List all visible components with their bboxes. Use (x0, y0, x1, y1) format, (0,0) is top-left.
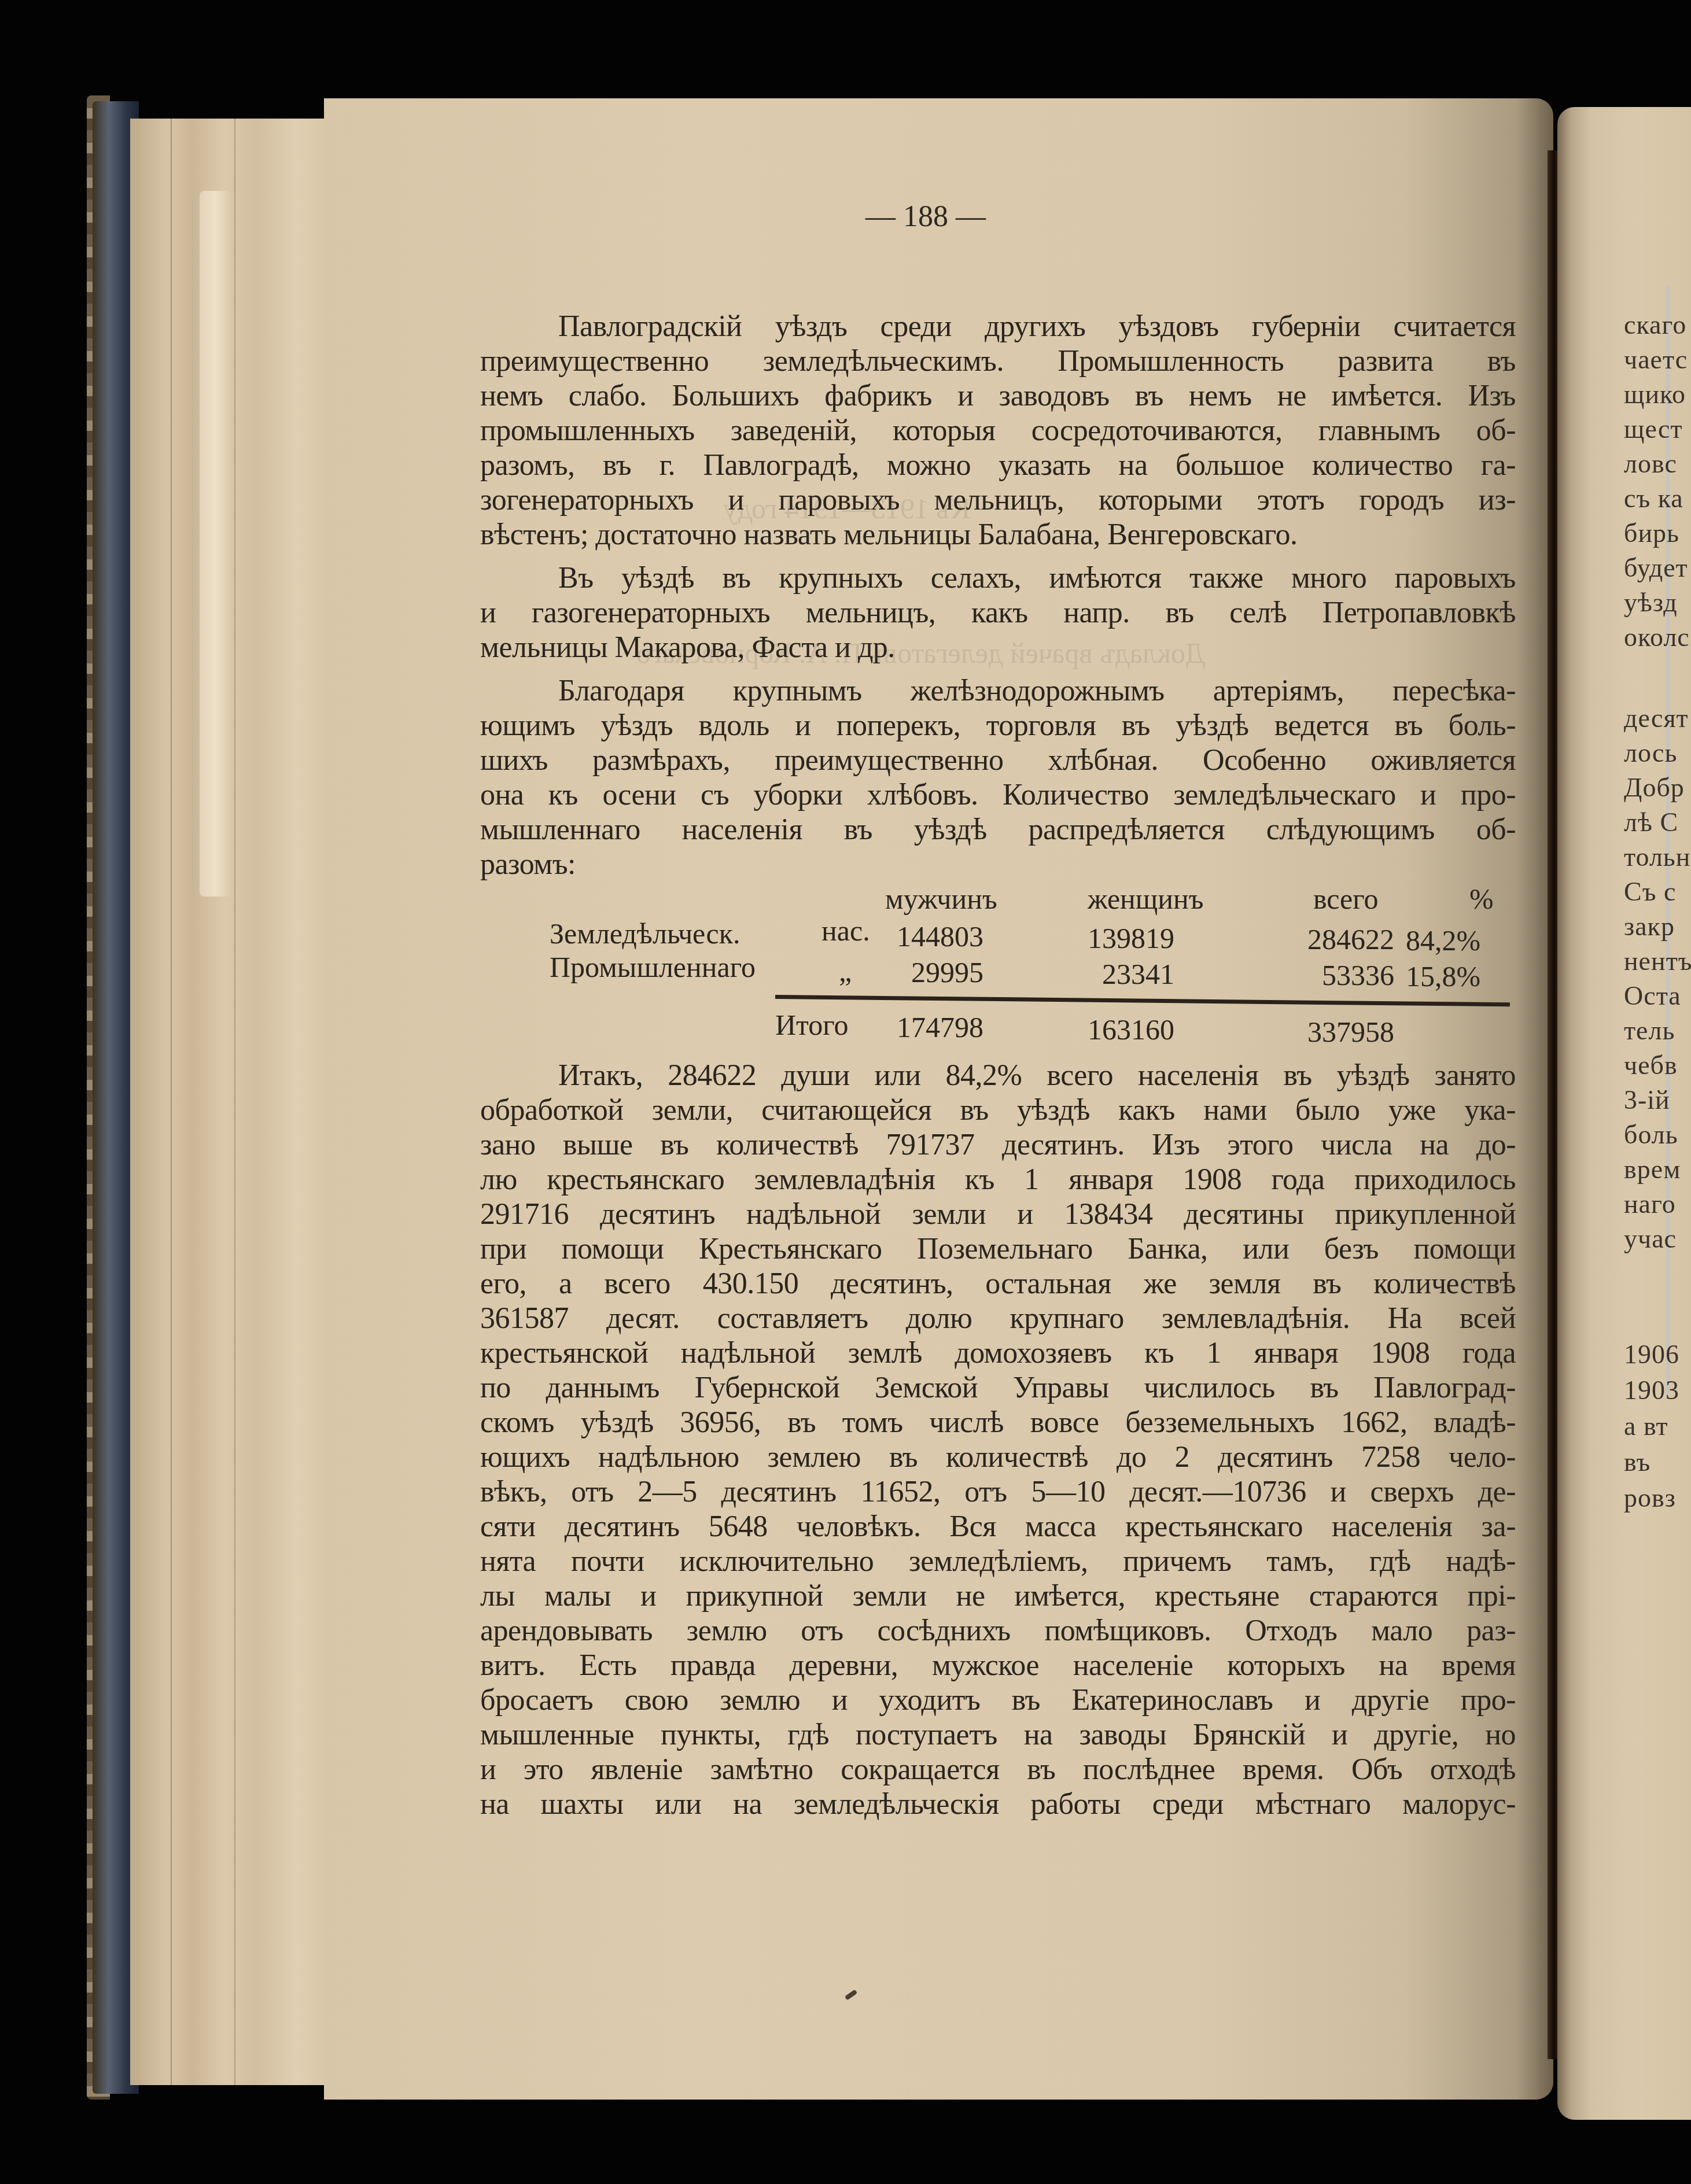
text-line: при помощи Крестьянскаго Поземельнаго Ба… (480, 1232, 1516, 1267)
text-line: Благодаря крупнымъ желѣзнодорожнымъ арте… (558, 674, 1516, 709)
right-page-line: чаетс (1624, 344, 1688, 375)
right-page-line: 3-ій (1624, 1084, 1670, 1115)
text-line: витъ. Есть правда деревни, мужское насел… (480, 1648, 1516, 1683)
text-line: она къ осени съ уборки хлѣбовъ. Количест… (480, 778, 1516, 813)
right-page-line: Съ с (1624, 876, 1676, 907)
text-line: сяти десятинъ 5648 человѣкъ. Вся масса к… (480, 1510, 1516, 1544)
text-line: его, а всего 430.150 десятинъ, остальная… (480, 1267, 1516, 1301)
row-sublabel: „ (839, 954, 852, 988)
text-line: арендовывать землю отъ сосѣднихъ помѣщик… (480, 1614, 1516, 1648)
right-page-line: 1903 (1624, 1375, 1679, 1405)
text-line: разомъ, въ г. Павлоградѣ, можно указать … (480, 448, 1516, 483)
right-page-line: уѣзд (1624, 587, 1678, 618)
right-page-line: тольн (1624, 842, 1690, 872)
text-line: немъ слабо. Большихъ фабрикъ и заводовъ … (480, 379, 1516, 414)
total-label: Итого (775, 1008, 849, 1042)
text-line: Итакъ, 284622 души или 84,2% всего насел… (558, 1058, 1516, 1093)
text-line: бросаетъ свою землю и уходитъ въ Екатери… (480, 1683, 1516, 1718)
right-page-line: скаго (1624, 309, 1686, 340)
cell-women: 139819 (1070, 921, 1174, 955)
page-stack (130, 119, 338, 2085)
row-label: Промышленнаго (550, 950, 756, 984)
text-line: лю крестьянскаго землевладѣнія къ 1 янва… (480, 1163, 1516, 1197)
text-line: нята почти исключительно земледѣліемъ, п… (480, 1544, 1516, 1579)
right-page-line: лось (1624, 737, 1678, 768)
right-page-line: ровз (1624, 1482, 1676, 1513)
cell-men: 29995 (874, 955, 983, 989)
right-page-fragment: скагочаетсщикощестловссъ кабирьбудетуѣзд… (1557, 107, 1691, 2120)
text-line: обработкой земли, считающейся въ уѣздѣ к… (480, 1093, 1516, 1128)
right-page-line: ловс (1624, 448, 1677, 479)
text-line: Въ уѣздѣ въ крупныхъ селахъ, имѣются так… (558, 561, 1516, 596)
text-line: и газогенераторныхъ мельницъ, какъ напр.… (480, 596, 1516, 630)
right-page-line: съ ка (1624, 483, 1683, 514)
right-page-line: лѣ С (1624, 807, 1678, 838)
text-line: лы малы и прикупной земли не имѣется, кр… (480, 1579, 1516, 1614)
text-line: вѣстенъ; достаточно назвать мельницы Бал… (480, 518, 1516, 552)
text-line: мышленнаго населенія въ уѣздѣ распредѣля… (480, 813, 1516, 847)
right-page-line: Оста (1624, 980, 1681, 1011)
text-line: мышленные пункты, гдѣ поступаетъ на заво… (480, 1718, 1516, 1753)
total-men: 174798 (874, 1010, 983, 1044)
population-table: мужчинъ женщинъ всего % Земледѣльческ. н… (550, 882, 1521, 1056)
total-all: 337958 (1279, 1015, 1394, 1049)
right-page-line: будет (1624, 552, 1688, 583)
page-number: — 188 — (324, 200, 1527, 234)
torn-page-strip (200, 191, 231, 897)
text-line: на шахты или на земледѣльческія работы с… (480, 1787, 1516, 1822)
right-page-line: а вт (1624, 1411, 1668, 1441)
right-page-line: Добр (1624, 772, 1685, 803)
cell-pct: 84,2% (1406, 924, 1480, 957)
right-page-line: учас (1624, 1223, 1677, 1254)
right-page-line: щико (1624, 379, 1686, 409)
text-line: по даннымъ Губернской Земской Управы чис… (480, 1371, 1516, 1405)
cell-pct: 15,8% (1406, 960, 1480, 993)
right-page-line: закр (1624, 911, 1675, 942)
right-page-line: тель (1624, 1015, 1675, 1046)
text-line: разомъ: (480, 847, 1516, 882)
text-line: зано выше въ количествѣ 791737 десятинъ.… (480, 1128, 1516, 1163)
text-line: 361587 десят. составляетъ долю крупнаго … (480, 1301, 1516, 1336)
right-page-line: чебв (1624, 1050, 1678, 1080)
right-page-line: боль (1624, 1119, 1678, 1150)
row-label: Земледѣльческ. (550, 917, 740, 950)
text-line: шихъ размѣрахъ, преимущественно хлѣбная.… (480, 743, 1516, 778)
text-line: преимущественно земледѣльческимъ. Промыш… (480, 344, 1516, 379)
row-sublabel: нас. (821, 914, 870, 947)
text-line: 291716 десятинъ надѣльной земли и 138434… (480, 1197, 1516, 1232)
total-women: 163160 (1070, 1013, 1174, 1046)
right-page-line: наго (1624, 1189, 1676, 1219)
right-page-line: 1906 (1624, 1339, 1679, 1370)
text-line: вѣкъ, отъ 2—5 десятинъ 11652, отъ 5—10 д… (480, 1475, 1516, 1510)
text-line: мельницы Макарова, Фаста и др. (480, 630, 1516, 665)
text-line: зогенераторныхъ и паровыхъ мельницъ, кот… (480, 483, 1516, 518)
right-page-line: нентъ (1624, 946, 1691, 976)
table-header-women: женщинъ (1088, 882, 1204, 916)
right-page-line: въ (1624, 1447, 1651, 1477)
text-line: Павлоградскій уѣздъ среди другихъ уѣздов… (558, 309, 1516, 344)
text-line: и это явленіе замѣтно сокращается въ пос… (480, 1753, 1516, 1787)
text-line: ющимъ уѣздъ вдоль и поперекъ, торговля в… (480, 709, 1516, 743)
cell-total: 284622 (1279, 923, 1394, 956)
table-sum-rule (775, 995, 1510, 1006)
right-page-line: десят (1624, 703, 1689, 733)
text-line: крестьянской надѣльной землѣ домохозяевъ… (480, 1336, 1516, 1371)
table-header-total: всего (1313, 882, 1379, 916)
right-page-line: врем (1624, 1154, 1681, 1185)
table-header-men: мужчинъ (885, 882, 997, 916)
table-header-pct: % (1469, 882, 1494, 916)
text-line: скомъ уѣздѣ 36956, въ томъ числѣ вовсе б… (480, 1405, 1516, 1440)
right-page-line: околс (1624, 622, 1690, 652)
text-line: ющихъ надѣльною землею въ количествѣ до … (480, 1440, 1516, 1475)
cell-men: 144803 (874, 920, 983, 953)
text-line: промышленныхъ заведеній, которыя сосредо… (480, 414, 1516, 448)
cell-women: 23341 (1070, 957, 1174, 991)
right-page-line: щест (1624, 414, 1683, 444)
right-page-line: бирь (1624, 518, 1679, 548)
cell-total: 53336 (1279, 958, 1394, 992)
